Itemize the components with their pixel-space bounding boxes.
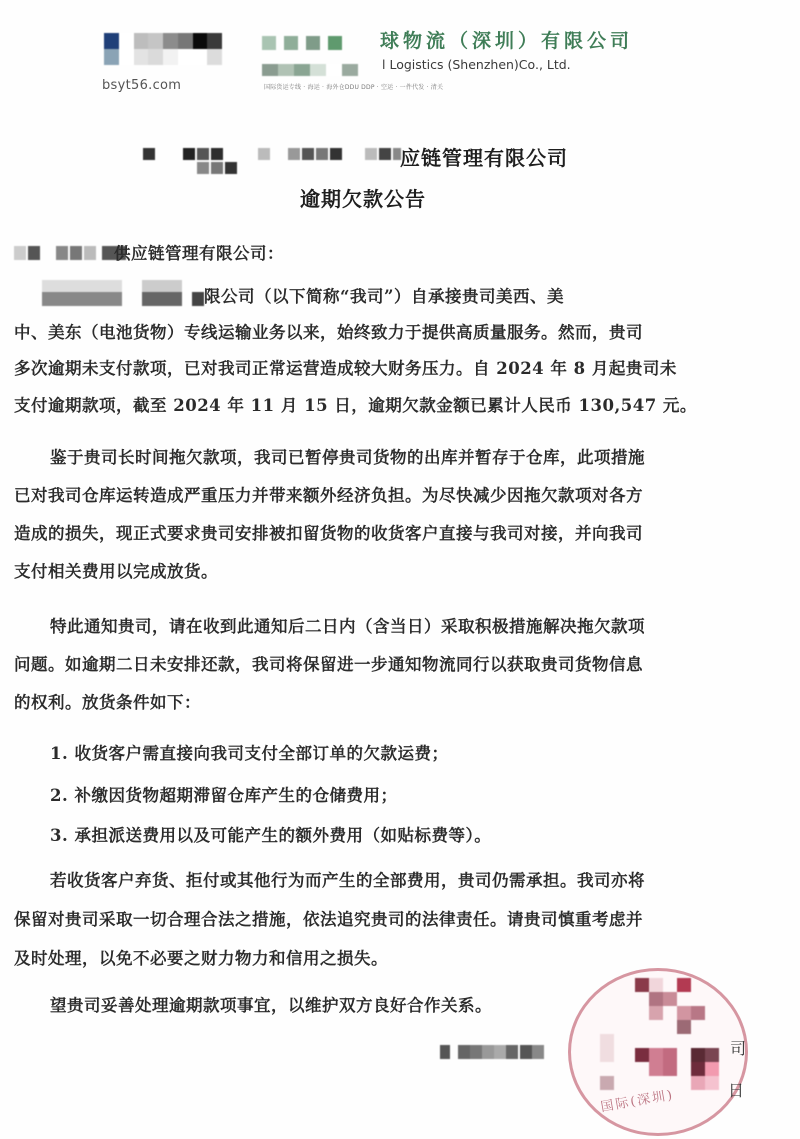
title-company-redacted bbox=[143, 145, 399, 183]
closing-line: 望贵司妥善处理逾期款项事宜，以维护双方良好合作关系。 bbox=[50, 992, 492, 1016]
signature-company-suffix: 司 bbox=[730, 1036, 746, 1059]
letterhead-company-en: l Logistics (Shenzhen)Co., Ltd. bbox=[382, 57, 571, 72]
paragraph-2-line-4: 支付相关费用以完成放货。 bbox=[14, 558, 218, 582]
signature-company-redacted bbox=[440, 1045, 600, 1065]
letterhead-services: 国际货运专线 · 海运 · 海外仓DDU DDP · 空运 · 一件代发 · 清… bbox=[264, 82, 443, 91]
sender-redacted bbox=[42, 280, 212, 308]
title-company: 应链管理有限公司 bbox=[400, 142, 568, 171]
recipient-redacted bbox=[14, 246, 114, 262]
condition-item-1: 1. 收货客户需直接向我司支付全部订单的欠款运费； bbox=[50, 740, 448, 764]
paragraph-3-line-3: 的权利。放货条件如下： bbox=[14, 689, 201, 713]
paragraph-3-line-1: 特此通知贵司，请在收到此通知后二日内（含当日）采取积极措施解决拖欠款项 bbox=[50, 613, 645, 637]
paragraph-1-line-1: 限公司（以下简称“我司”）自承接贵司美西、美 bbox=[204, 283, 564, 307]
company-logo-redacted bbox=[104, 33, 222, 65]
company-name-redacted bbox=[262, 36, 380, 84]
notice-title: 逾期欠款公告 bbox=[300, 183, 426, 212]
notice-document: bsyt56.com 球物流（深圳）有限公司 l Logistics (Shen… bbox=[0, 0, 800, 1139]
paragraph-1-line-4: 支付逾期款项，截至 2024 年 11 月 15 日，逾期欠款金额已累计人民币 … bbox=[14, 392, 697, 416]
signature-date-suffix: 日 bbox=[728, 1078, 744, 1101]
letterhead-company-cn: 球物流（深圳）有限公司 bbox=[380, 26, 633, 53]
paragraph-2-line-3: 造成的损失，现正式要求贵司安排被扣留货物的收货客户直接与我司对接，并向我司 bbox=[14, 520, 643, 544]
paragraph-2-line-1: 鉴于贵司长时间拖欠款项，我司已暂停贵司货物的出库并暂存于仓库，此项措施 bbox=[50, 444, 645, 468]
paragraph-1-line-3: 多次逾期未支付款项，已对我司正常运营造成较大财务压力。自 2024 年 8 月起… bbox=[14, 355, 677, 379]
condition-item-2: 2. 补缴因货物超期滞留仓库产生的仓储费用； bbox=[50, 782, 397, 806]
company-domain: bsyt56.com bbox=[102, 78, 181, 93]
paragraph-4-line-3: 及时处理，以免不必要之财力物力和信用之损失。 bbox=[14, 945, 388, 969]
salutation: 供应链管理有限公司： bbox=[114, 240, 284, 264]
paragraph-1-line-2: 中、美东（电池货物）专线运输业务以来，始终致力于提供高质量服务。然而，贵司 bbox=[14, 319, 643, 343]
paragraph-4-line-1: 若收货客户弃货、拒付或其他行为而产生的全部费用，贵司仍需承担。我司亦将 bbox=[50, 867, 645, 891]
paragraph-3-line-2: 问题。如逾期二日未安排还款，我司将保留进一步通知物流同行以获取贵司货物信息 bbox=[14, 651, 643, 675]
condition-item-3: 3. 承担派送费用以及可能产生的额外费用（如贴标费等）。 bbox=[50, 822, 491, 846]
paragraph-4-line-2: 保留对贵司采取一切合理合法之措施，依法追究贵司的法律责任。请贵司慎重考虑并 bbox=[14, 906, 643, 930]
paragraph-2-line-2: 已对我司仓库运转造成严重压力并带来额外经济负担。为尽快减少因拖欠款项对各方 bbox=[14, 482, 643, 506]
